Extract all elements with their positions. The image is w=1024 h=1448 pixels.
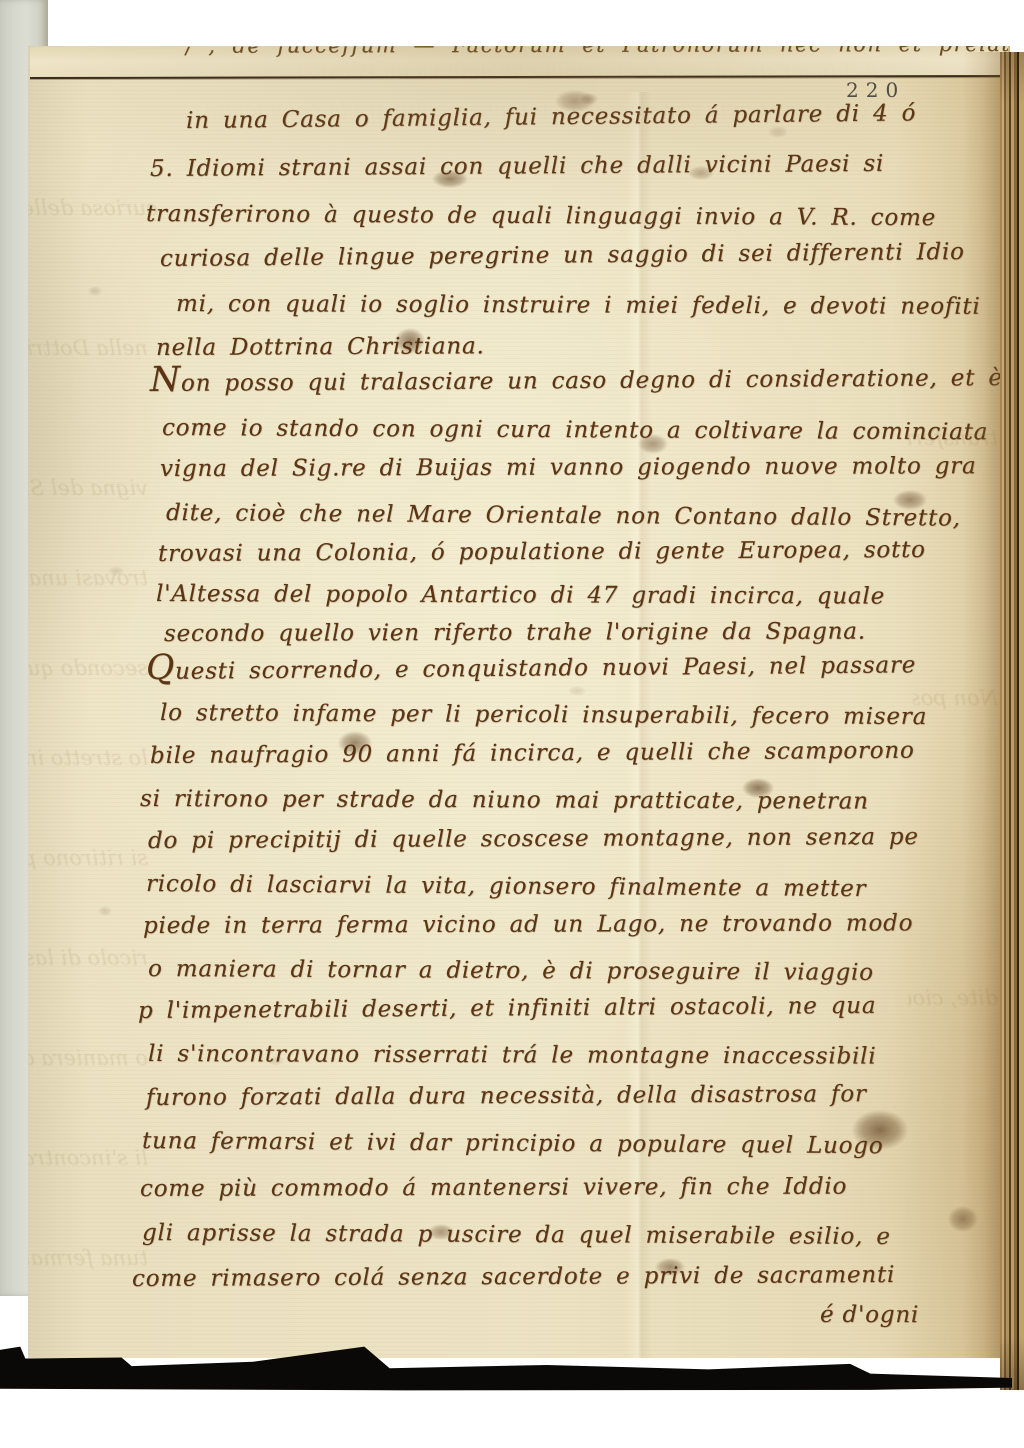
manuscript-line: 5. Idiomi strani assai con quelli che da… [150, 151, 884, 182]
manuscript-line: Questi scorrendo, e conquistando nuovi P… [146, 649, 916, 685]
show-through-text: o maniera di tornar a dietro, è di prose… [28, 1046, 148, 1070]
show-through-text: curiosa delle lingue peregrine un saggio… [28, 196, 158, 220]
manuscript-line: si ritirono per strade da niuno mai prat… [140, 786, 869, 815]
header-text-fragment: ⁊ ‚ de ſucceſſum — Factorum et Patronoru… [180, 46, 1008, 58]
show-through-text: nella Dottrina Christiana. [28, 336, 148, 360]
manuscript-scan: ⁊ ‚ de ſucceſſum — Factorum et Patronoru… [0, 0, 1024, 1448]
show-through-text: si ritirono per strade da niuno mai prat… [28, 846, 148, 870]
page-number-stamp: 220 [846, 78, 905, 102]
manuscript-line: Non posso qui tralasciare un caso degno … [150, 362, 1003, 397]
manuscript-line: trovasi una Colonia, ó populatione di ge… [158, 537, 926, 567]
ink-stain [98, 906, 112, 916]
manuscript-line: do pi precipitij di quelle scoscese mont… [148, 824, 919, 854]
manuscript-line: gli aprisse la strada p uscire da quel m… [142, 1220, 891, 1250]
book-fore-edge [1000, 52, 1024, 1390]
manuscript-line: transferirono à questo de quali linguagg… [146, 201, 936, 231]
manuscript-line: come rimasero colá senza sacerdote e pri… [132, 1262, 895, 1292]
manuscript-line: come più commodo á mantenersi vivere, fi… [140, 1174, 847, 1202]
manuscript-line: bile naufragio 90 anni fá incirca, e que… [150, 738, 915, 769]
ink-stain [88, 286, 102, 296]
manuscript-line: dite, cioè che nel Mare Orientale non Co… [166, 500, 961, 532]
show-through-text: vigna del Sig.re di Buijas mi vanno giog… [28, 476, 148, 500]
show-through-text: li s'incontravano risserrati trá le mont… [28, 1146, 148, 1170]
show-through-text: secondo quello vien riferto trahe l'orig… [28, 656, 148, 680]
manuscript-line: lo stretto infame per li pericoli insupe… [160, 700, 927, 730]
manuscript-line: ricolo di lasciarvi la vita, gionsero fi… [146, 871, 867, 902]
catchword: é d'ogni [820, 1302, 919, 1328]
manuscript-line: l'Altessa del popolo Antartico di 47 gra… [156, 581, 885, 610]
show-through-text: trovasi una Colonia, ó populatione di ge… [28, 566, 148, 590]
manuscript-line: mi, con quali io soglio instruire i miei… [176, 291, 981, 320]
ink-stain [568, 686, 586, 696]
manuscript-line: curiosa delle lingue peregrine un saggio… [160, 239, 965, 272]
manuscript-line: nella Dottrina Christiana. [156, 333, 485, 361]
manuscript-line: o maniera di tornar a dietro, è di prose… [148, 956, 874, 986]
show-through-text: lo stretto infame per li pericoli insupe… [28, 746, 148, 770]
manuscript-line: come io stando con ogni cura intento a c… [162, 415, 988, 445]
show-through-text: ricolo di lasciarvi la vita, gionsero fi… [28, 946, 148, 970]
manuscript-line: piede in terra ferma vicino ad un Lago, … [143, 910, 913, 939]
manuscript-line: li s'incontravano risserrati trá le mont… [148, 1041, 877, 1070]
manuscript-page: ⁊ ‚ de ſucceſſum — Factorum et Patronoru… [28, 46, 1010, 1358]
ink-stain [108, 566, 124, 576]
previous-page-sliver: ⁊ ‚ de ſucceſſum — Factorum et Patronoru… [30, 46, 1008, 79]
manuscript-line: p l'impenetrabili deserti, et infiniti a… [138, 993, 877, 1024]
manuscript-line: tuna fermarsi et ivi dar principio a pop… [142, 1128, 884, 1159]
manuscript-line: secondo quello vien riferto trahe l'orig… [164, 619, 866, 647]
show-through-text: dite, cioè che nel Mare Orientale non Co… [908, 986, 998, 1010]
manuscript-line: in una Casa o famiglia, fui necessitato … [186, 100, 916, 134]
ink-stain [948, 1206, 978, 1232]
show-through-text: tuna fermarsi et ivi dar principio a pop… [28, 1246, 148, 1270]
manuscript-line: furono forzati dalla dura necessità, del… [146, 1081, 867, 1111]
manuscript-line: vigna del Sig.re di Buijas mi vanno giog… [160, 453, 977, 482]
